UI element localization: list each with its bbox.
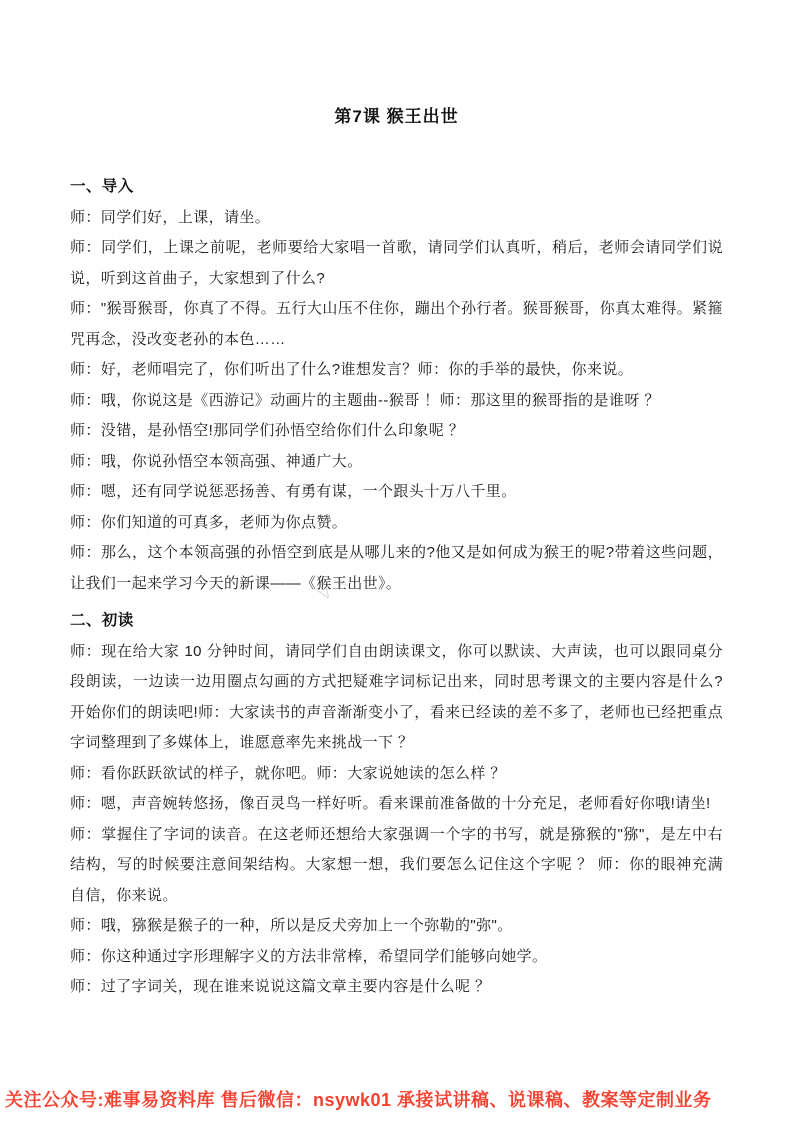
paragraph: 师：看你跃跃欲试的样子，就你吧。师：大家说她读的怎么样 ？ (70, 759, 723, 790)
footer-note: 关注公众号:难事易资料库 售后微信：nsywk01 承接试讲稿、说课稿、教案等定… (5, 1086, 793, 1112)
paragraph: 师：没错，是孙悟空!那同学们孙悟空给你们什么印象呢 ？ (70, 416, 723, 447)
paragraph: 师：你这种通过字形理解字义的方法非常棒，希望同学们能够向她学。 (70, 942, 723, 973)
paragraph: 师：哦，你说这是《西游记》动画片的主题曲--猴哥 ！师：那这里的猴哥指的是谁呀 … (70, 386, 723, 417)
paragraph: 师："猴哥猴哥，你真了不得。五行大山压不住你，蹦出个孙行者。猴哥猴哥，你真太难得… (70, 294, 723, 355)
paragraph: 师：好，老师唱完了，你们听出了什么?谁想发言？师：你的手举的最快，你来说。 (70, 355, 723, 386)
document-page: 第7课 猴王出世 一、导入师：同学们好，上课，请坐。师：同学们，上课之前呢，老师… (0, 0, 793, 1122)
section-heading: 二、初读 (70, 606, 723, 637)
paragraph: 师：嗯，还有同学说惩恶扬善、有勇有谋，一个跟头十万八千里。 (70, 477, 723, 508)
document-body: 一、导入师：同学们好，上课，请坐。师：同学们，上课之前呢，老师要给大家唱一首歌，… (70, 172, 723, 1003)
document-title: 第7课 猴王出世 (0, 0, 793, 127)
paragraph: 师：同学们，上课之前呢，老师要给大家唱一首歌，请同学们认真听，稍后，老师会请同学… (70, 233, 723, 294)
paragraph: 师：过了字词关，现在谁来说说这篇文章主要内容是什么呢 ？ (70, 972, 723, 1003)
paragraph: 师：同学们好，上课，请坐。 (70, 203, 723, 234)
paragraph: 师：那么，这个本领高强的孙悟空到底是从哪儿来的?他又是如何成为猴王的呢?带着这些… (70, 538, 723, 599)
paragraph: 师：掌握住了字词的读音。在这老师还想给大家强调一个字的书写，就是猕猴的"猕"，是… (70, 820, 723, 912)
paragraph: 师：哦，你说孙悟空本领高强、神通广大。 (70, 447, 723, 478)
paragraph: 师：嗯，声音婉转悠扬，像百灵鸟一样好听。看来课前准备做的十分充足，老师看好你哦!… (70, 789, 723, 820)
section-heading: 一、导入 (70, 172, 723, 203)
paragraph: 师：哦，猕猴是猴子的一种，所以是反犬旁加上一个弥勒的"弥"。 (70, 911, 723, 942)
paragraph: 师：现在给大家 10 分钟时间，请同学们自由朗读课文，你可以默读、大声读，也可以… (70, 637, 723, 759)
paragraph: 师：你们知道的可真多，老师为你点赞。 (70, 508, 723, 539)
